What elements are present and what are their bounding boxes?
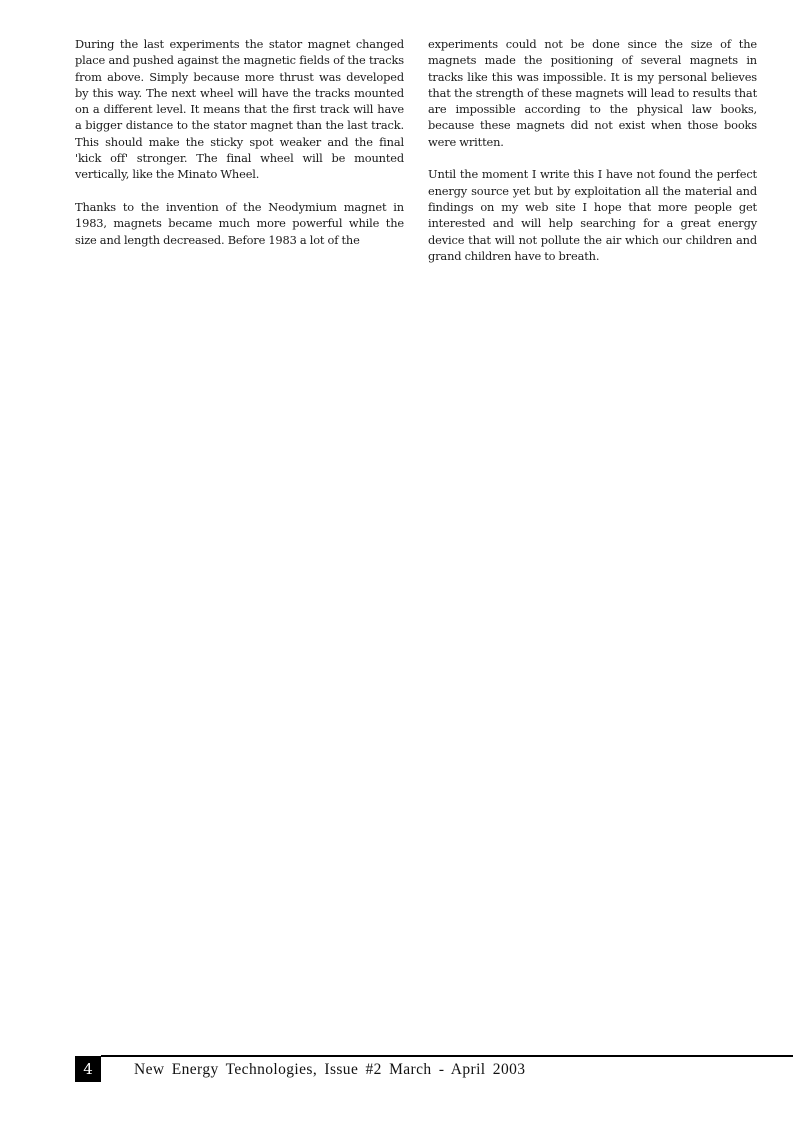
paragraph-conclusion: Until the moment I write this I have not… (428, 166, 757, 264)
footer-divider (101, 1055, 793, 1057)
article-left-column: During the last experiments the stator m… (75, 36, 404, 264)
page-number: 4 (75, 1056, 101, 1082)
footer-publication-title: New Energy Technologies, Issue #2 March … (134, 1060, 525, 1080)
article-right-column: experiments could not be done since the … (428, 36, 757, 280)
paragraph-neodymium-magnet: Thanks to the invention of the Neodymium… (75, 199, 404, 248)
paragraph-experiments-continued: experiments could not be done since the … (428, 36, 757, 150)
paragraph-stator-experiments: During the last experiments the stator m… (75, 36, 404, 183)
